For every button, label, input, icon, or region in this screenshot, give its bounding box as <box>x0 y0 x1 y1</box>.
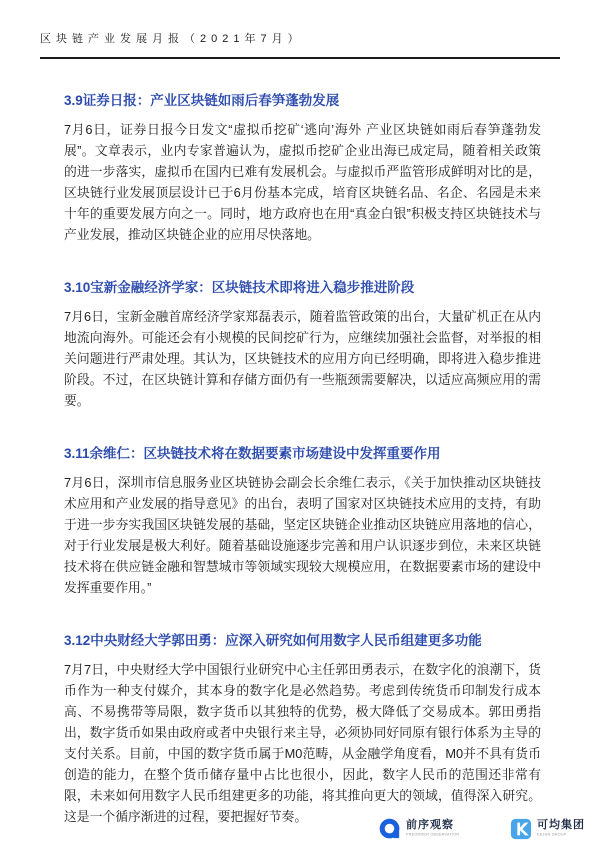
section-3-10: 3.10宝新金融经济学家：区块链技术即将进入稳步推进阶段 7月6日，宝新金融首席… <box>64 279 541 411</box>
section-body: 7月6日，证券日报今日发文“虚拟币挖矿‘逃向’海外 产业区块链如雨后春笋蓬勃发展… <box>64 119 541 245</box>
logo-name: 前序观察 <box>406 819 492 832</box>
logo-name: 可均集团 <box>537 819 585 832</box>
k-square-icon <box>510 818 532 840</box>
section-heading: 3.10宝新金融经济学家：区块链技术即将进入稳步推进阶段 <box>64 279 541 297</box>
section-3-12: 3.12中央财经大学郭田勇：应深入研究如何用数字人民币组建更多功能 7月7日，中… <box>64 632 541 827</box>
section-heading: 3.11余维仁：区块链技术将在数据要素市场建设中发挥重要作用 <box>64 445 541 463</box>
report-page: 区块链产业发展月报（2021年7月） 3.9证券日报：产业区块链如雨后春笋蓬勃发… <box>0 0 600 849</box>
page-header-title: 区块链产业发展月报（2021年7月） <box>40 30 560 59</box>
section-body: 7月6日，深圳市信息服务业区块链协会副会长余维仁表示，《关于加快推动区块链技术应… <box>64 472 541 598</box>
logo-tagline: KEJUN GROUP <box>537 833 567 837</box>
section-heading: 3.9证券日报：产业区块链如雨后春笋蓬勃发展 <box>64 92 541 110</box>
section-heading: 3.12中央财经大学郭田勇：应深入研究如何用数字人民币组建更多功能 <box>64 632 541 650</box>
logo-tagline: PREORDER OBSERVATION <box>406 833 459 837</box>
logo-kejun-group: 可均集团 KEJUN GROUP <box>510 818 585 840</box>
page-content: 3.9证券日报：产业区块链如雨后春笋蓬勃发展 7月6日，证券日报今日发文“虚拟币… <box>0 92 600 827</box>
section-body: 7月7日，中央财经大学中国银行业研究中心主任郭田勇表示，在数字化的浪潮下，货币作… <box>64 659 541 827</box>
logo-qianxu-guancha: 前序观察 PREORDER OBSERVATION <box>379 818 492 840</box>
section-3-11: 3.11余维仁：区块链技术将在数据要素市场建设中发挥重要作用 7月6日，深圳市信… <box>64 445 541 598</box>
footer-logos: 前序观察 PREORDER OBSERVATION 可均集团 KEJUN GRO… <box>379 818 585 840</box>
section-3-9: 3.9证券日报：产业区块链如雨后春笋蓬勃发展 7月6日，证券日报今日发文“虚拟币… <box>64 92 541 245</box>
section-body: 7月6日，宝新金融首席经济学家郑磊表示，随着监管政策的出台，大量矿机正在从内地流… <box>64 306 541 411</box>
a-ring-icon <box>379 818 401 840</box>
